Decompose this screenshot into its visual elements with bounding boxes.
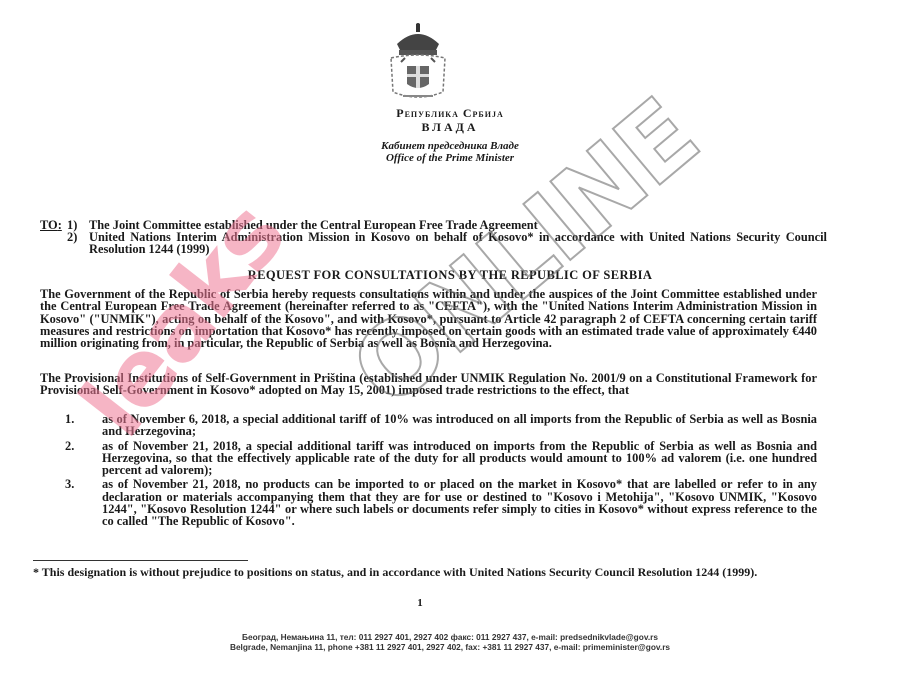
footnote-divider — [33, 560, 248, 561]
letterhead-office-english: Office of the Prime Minister — [0, 152, 900, 164]
body-paragraph-1: The Government of the Republic of Serbia… — [40, 288, 817, 349]
list-item-text: as of November 6, 2018, a special additi… — [102, 413, 817, 438]
list-item-number: 2. — [65, 440, 102, 477]
addressee-number: 2) — [67, 231, 89, 255]
letterhead-government: ВЛАДА — [0, 120, 900, 135]
list-item-text: as of November 21, 2018, a special addit… — [102, 440, 817, 477]
restrictions-list: 1. as of November 6, 2018, a special add… — [65, 413, 817, 530]
letterhead-country: Република Србија — [0, 106, 900, 121]
list-item-number: 1. — [65, 413, 102, 438]
document-page: Република Србија ВЛАДА Кабинет председни… — [0, 0, 900, 675]
addressee-item: 2) United Nations Interim Administration… — [67, 231, 827, 255]
body-paragraph-2: The Provisional Institutions of Self-Gov… — [40, 372, 817, 397]
list-item-number: 3. — [65, 478, 102, 527]
addressee-text: United Nations Interim Administration Mi… — [89, 231, 827, 255]
letterhead-office-cyrillic: Кабинет председника Владе — [0, 140, 900, 152]
footnote: * This designation is without prejudice … — [33, 566, 793, 578]
page-number: 1 — [0, 597, 840, 609]
footer-address-latin: Belgrade, Nemanjina 11, phone +381 11 29… — [0, 642, 900, 652]
serbian-coat-of-arms-icon — [383, 22, 453, 106]
list-item: 2. as of November 21, 2018, a special ad… — [65, 440, 817, 477]
footer-address-cyrillic: Београд, Немањина 11, тел: 011 2927 401,… — [0, 632, 900, 642]
list-item: 1. as of November 6, 2018, a special add… — [65, 413, 817, 438]
document-title: REQUEST FOR CONSULTATIONS BY THE REPUBLI… — [0, 268, 900, 283]
addressee-label: TO: — [40, 219, 62, 231]
list-item: 3. as of November 21, 2018, no products … — [65, 478, 817, 527]
list-item-text: as of November 21, 2018, no products can… — [102, 478, 817, 527]
